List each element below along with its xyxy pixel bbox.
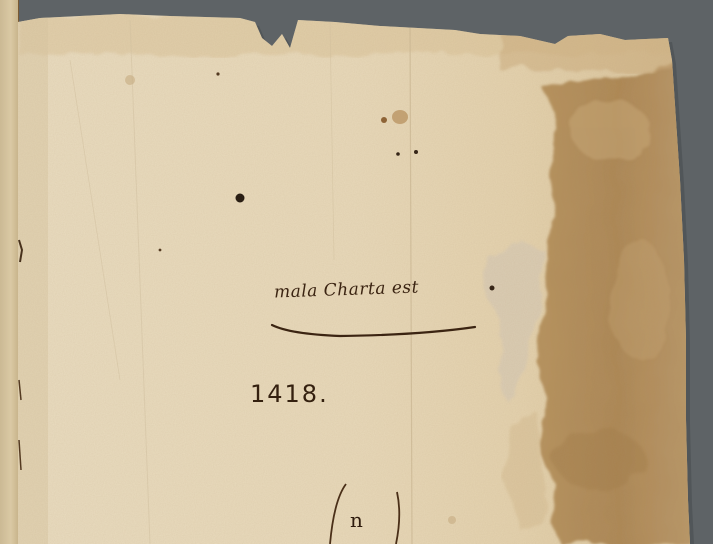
manuscript-scan: mala Charta est 1418. n xyxy=(0,0,713,544)
handwritten-shelfmark: n xyxy=(350,508,363,532)
paper-leaf xyxy=(0,0,713,544)
handwritten-year: 1418. xyxy=(250,380,329,408)
